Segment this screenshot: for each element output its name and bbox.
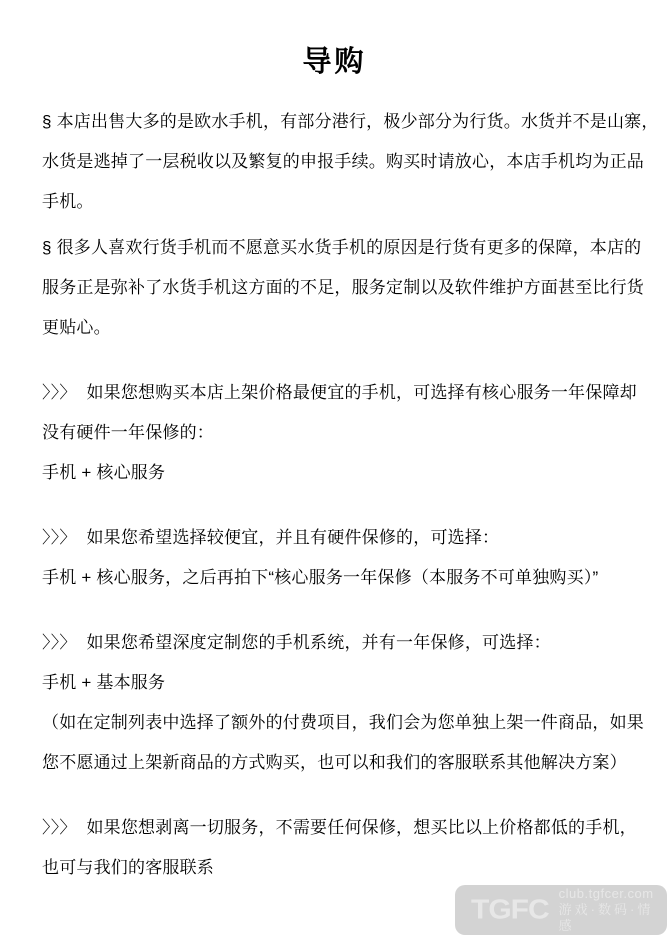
- option-warranty-formula: 手机 + 核心服务，之后再拍下“核心服务一年保修（本服务不可单独购买）”: [42, 558, 663, 598]
- tgfc-logo: TGFC: [471, 896, 549, 924]
- option-cheapest-intro: 〉〉〉 如果您想购买本店上架价格最便宜的手机，可选择有核心服务一年保障却 没有硬…: [42, 373, 663, 453]
- watermark-text-column: club.tgfcer.com 游戏·数码·情感: [559, 886, 667, 934]
- document-body: § 本店出售大多的是欧水手机，有部分港行，极少部分为行货。水货并不是山寨， 水货…: [0, 102, 669, 888]
- watermark-site-url: club.tgfcer.com: [559, 886, 667, 901]
- custom-note-paragraph: （如在定制列表中选择了额外的付费项目，我们会为您单独上架一件商品，如果 您不愿通…: [42, 703, 663, 783]
- option-custom-intro: 〉〉〉 如果您希望深度定制您的手机系统，并有一年保修，可选择：: [42, 623, 663, 663]
- service-advantage-paragraph: § 很多人喜欢行货手机而不愿意买水货手机的原因是行货有更多的保障，本店的 服务正…: [42, 228, 663, 348]
- watermark-tagline: 游戏·数码·情感: [559, 902, 667, 934]
- page-title: 导购: [0, 44, 669, 80]
- shop-intro-paragraph: § 本店出售大多的是欧水手机，有部分港行，极少部分为行货。水货并不是山寨， 水货…: [42, 102, 663, 222]
- document-page: 导购 § 本店出售大多的是欧水手机，有部分港行，极少部分为行货。水货并不是山寨，…: [0, 0, 669, 941]
- option-custom-formula: 手机 + 基本服务: [42, 663, 663, 703]
- option-cheapest-formula: 手机 + 核心服务: [42, 453, 663, 493]
- option-warranty-intro: 〉〉〉 如果您希望选择较便宜，并且有硬件保修的，可选择：: [42, 518, 663, 558]
- tgfc-watermark: TGFC club.tgfcer.com 游戏·数码·情感: [455, 885, 667, 935]
- no-service-paragraph: 〉〉〉 如果您想剥离一切服务，不需要任何保修，想买比以上价格都低的手机， 也可与…: [42, 808, 663, 888]
